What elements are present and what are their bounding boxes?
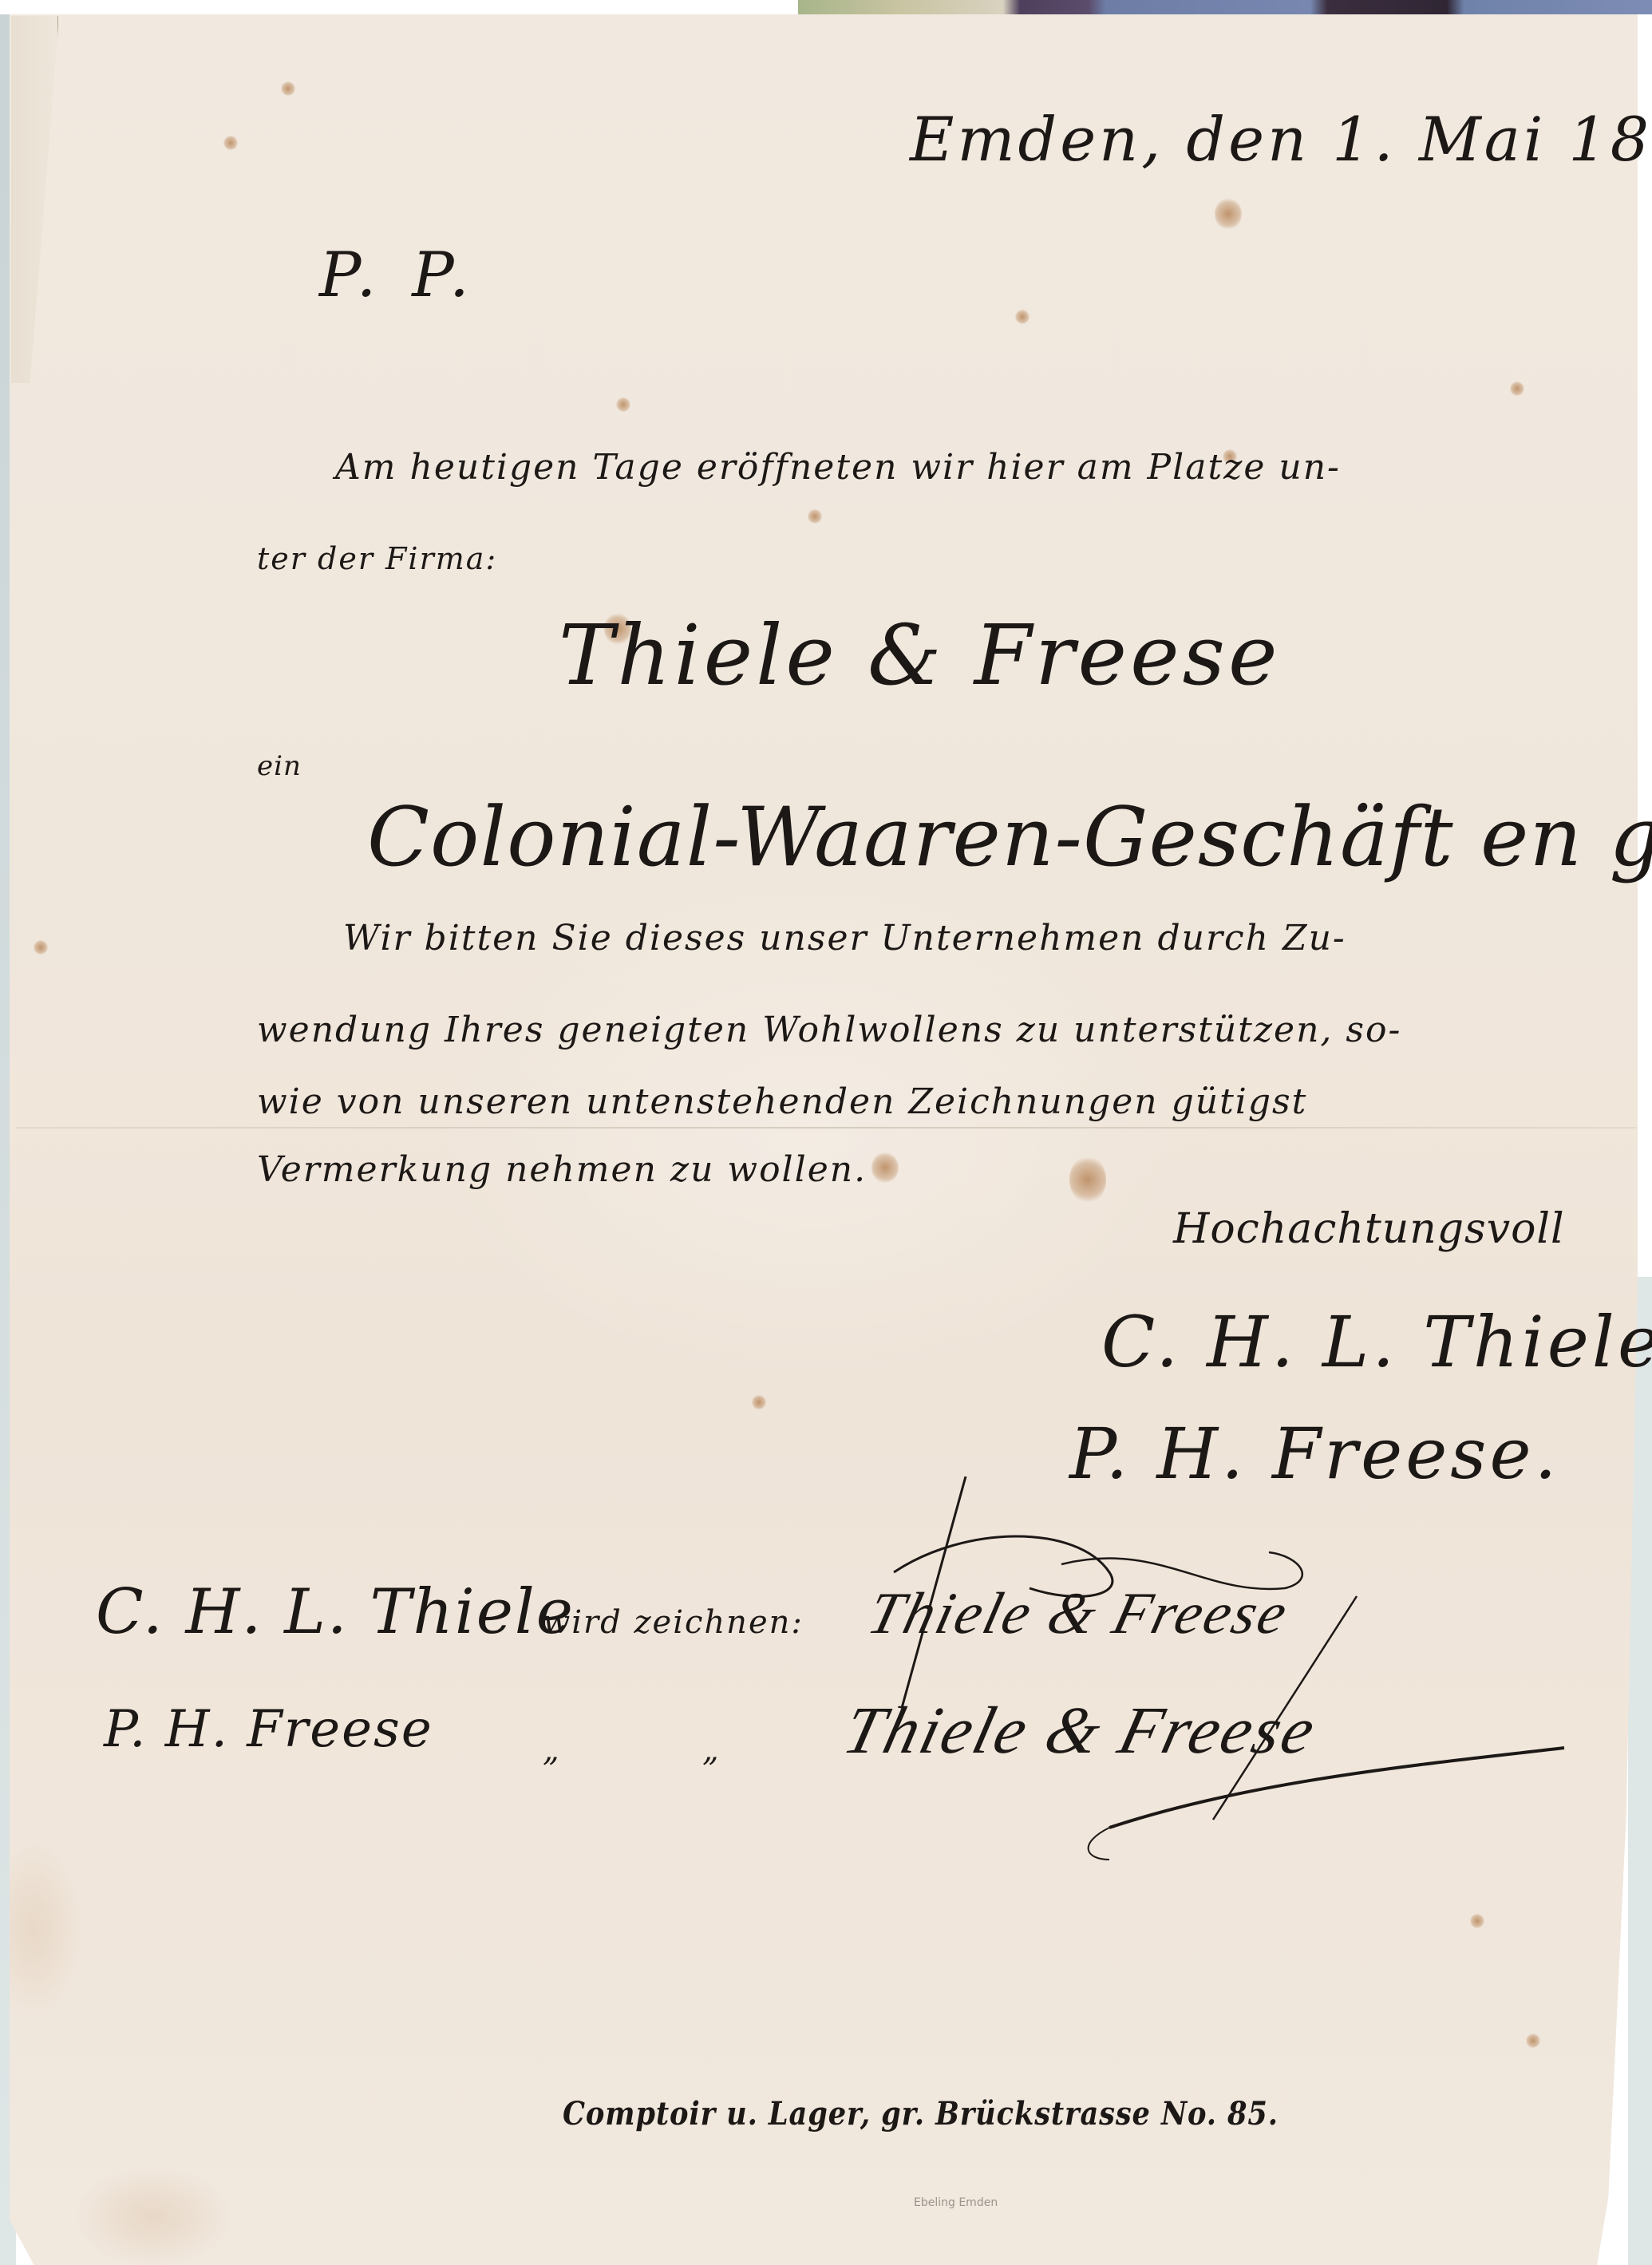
letter-paper: [10, 14, 1638, 2265]
printed-signature-freese: P. H. Freese.: [1069, 1413, 1560, 1495]
scanner-edge-strip: [798, 0, 1652, 14]
preposition-ein: ein: [257, 750, 302, 782]
foxing-stain: [34, 940, 48, 955]
foxing-stain: [1526, 2034, 1540, 2048]
foxing-stain: [871, 1152, 899, 1184]
body-line-2: wendung Ihres geneigten Wohlwollens zu u…: [257, 1010, 1401, 1050]
intro-line-2: ter der Firma:: [257, 541, 497, 576]
foxing-stain: [1015, 310, 1030, 324]
foxing-stain: [616, 397, 630, 412]
salutation: P. P.: [319, 239, 477, 311]
intro-line-1: Am heutigen Tage eröffneten wir hier am …: [335, 447, 1341, 488]
foxing-stain: [1069, 1156, 1106, 1204]
scanned-document: Emden, den 1. Mai 1873. P. P. Am heutige…: [0, 0, 1652, 2265]
paper-fold-crease: [16, 1127, 1636, 1129]
footer-address: Comptoir u. Lager, gr. Brückstrasse No. …: [563, 2095, 1279, 2133]
ditto-mark: „: [543, 1732, 560, 1769]
body-line-3: wie von unseren untenstehenden Zeichnung…: [257, 1081, 1307, 1122]
handwritten-signature-freese: Thiele & Freese: [836, 1692, 1325, 1769]
foxing-stain: [1470, 1914, 1484, 1928]
closing-phrase: Hochachtungsvoll: [1173, 1205, 1565, 1253]
body-line-4: Vermerkung nehmen zu wollen.: [257, 1149, 867, 1190]
date-line: Emden, den 1. Mai 1873.: [910, 104, 1652, 175]
foxing-stain: [808, 509, 822, 524]
specimen-name-freese: P. H. Freese: [104, 1700, 433, 1759]
business-type-heading: Colonial-Waaren-Geschäft en gros: [367, 790, 1652, 885]
foxing-stain: [223, 136, 238, 150]
specimen-verb: wird zeichnen:: [543, 1604, 804, 1641]
foxing-stain: [281, 81, 295, 96]
foxing-stain: [1215, 198, 1242, 230]
foxing-stain: [1510, 381, 1524, 396]
foxing-stain: [752, 1395, 766, 1409]
printer-mark: Ebeling Emden: [914, 2196, 998, 2209]
printed-signature-thiele: C. H. L. Thiele.: [1101, 1301, 1652, 1383]
handwritten-signature-thiele: Thiele & Freese: [861, 1580, 1295, 1648]
ditto-mark: „: [702, 1732, 720, 1769]
specimen-name-thiele: C. H. L. Thiele: [96, 1576, 575, 1648]
firm-name-heading: Thiele & Freese: [559, 607, 1281, 704]
body-line-1: Wir bitten Sie dieses unser Unternehmen …: [343, 918, 1346, 959]
